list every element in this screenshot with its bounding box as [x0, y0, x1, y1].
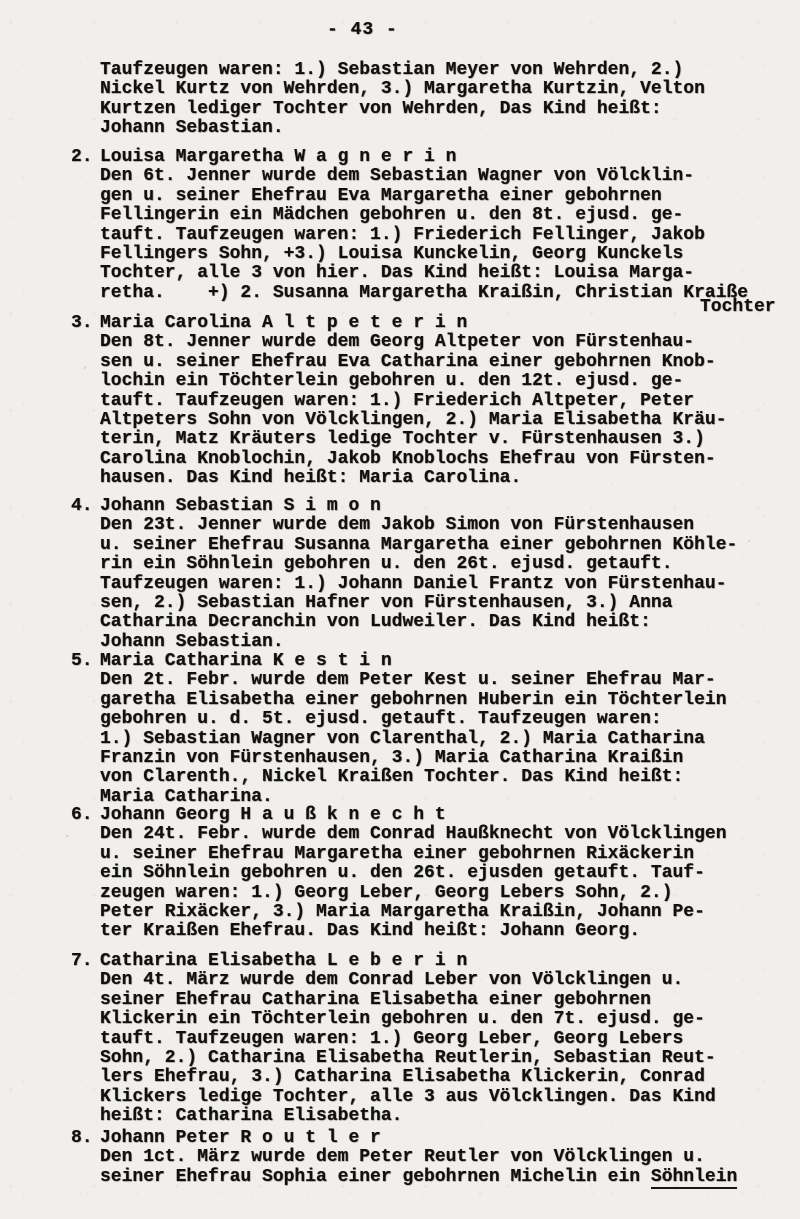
- entry-line: Franzin von Fürstenhausen, 3.) Maria Cat…: [71, 749, 727, 768]
- entry-number: 5.: [71, 652, 93, 671]
- entry-line: Taufzeugen waren: 1.) Sebastian Meyer vo…: [71, 61, 705, 80]
- entry-line: Den 8t. Jenner wurde dem Georg Altpeter …: [71, 333, 727, 352]
- entry-line: Fellingers Sohn, +3.) Louisa Kunckelin, …: [71, 245, 748, 264]
- scan-speck: [112, 178, 115, 181]
- scanned-register-page: - 43 - Taufzeugen waren: 1.) Sebastian M…: [0, 0, 800, 1219]
- underlined-word: Söhnlein: [651, 1167, 737, 1190]
- entry-line: Den 2t. Febr. wurde dem Peter Kest u. se…: [71, 671, 727, 690]
- entry-line: garetha Elisabetha einer gebohrnen Huber…: [71, 691, 727, 710]
- entry-heading: Johann Sebastian S i m o n: [71, 497, 737, 516]
- entry-heading: Johann Peter R o u t l e r: [71, 1129, 737, 1148]
- scan-speck: [66, 835, 69, 837]
- entry-line: zeugen waren: 1.) Georg Leber, Georg Leb…: [71, 884, 727, 903]
- entry-line: Den 1ct. März wurde dem Peter Reutler vo…: [71, 1148, 737, 1167]
- entry-number: 3.: [71, 314, 93, 333]
- entry-line: Catharina Decranchin von Ludweiler. Das …: [71, 613, 737, 632]
- entry-line: u. seiner Ehefrau Margaretha einer geboh…: [71, 845, 727, 864]
- entry-line: Fellingerin ein Mädchen gebohren u. den …: [71, 206, 748, 225]
- page-number: - 43 -: [327, 21, 398, 40]
- scan-speck: [84, 366, 86, 369]
- entry-line: gen u. seiner Ehefrau Eva Margaretha ein…: [71, 187, 748, 206]
- entry-line: Altpeters Sohn von Völcklingen, 2.) Mari…: [71, 411, 727, 430]
- entry-line: tauft. Taufzeugen waren: 1.) Friederich …: [71, 226, 748, 245]
- entry-number: 8.: [71, 1129, 93, 1148]
- entry-line: rin ein Söhnlein gebohren u. den 26t. ej…: [71, 555, 737, 574]
- entry-line: Tochter, alle 3 von hier. Das Kind heißt…: [71, 264, 748, 283]
- entry-line: 1.) Sebastian Wagner von Clarenthal, 2.)…: [71, 730, 727, 749]
- entry-line: Sohn, 2.) Catharina Elisabetha Reutlerin…: [71, 1049, 716, 1068]
- entry-line: retha. +) 2. Susanna Margaretha Kraißin,…: [71, 284, 748, 303]
- entry-line: sen, 2.) Sebastian Hafner von Fürstenhau…: [71, 594, 737, 613]
- entry-heading: Johann Georg H a u ß k n e c h t: [71, 806, 727, 825]
- entry-number: 2.: [71, 148, 93, 167]
- entry-number: 7.: [71, 952, 93, 971]
- entry-3-altpeterin: 3.Maria Carolina A l t p e t e r i nDen …: [71, 314, 727, 489]
- entry-line: von Clarenth., Nickel Kraißen Tochter. D…: [71, 768, 727, 787]
- entry-line: Den 4t. März wurde dem Conrad Leber von …: [71, 971, 716, 990]
- entry-line: Nickel Kurtz von Wehrden, 3.) Margaretha…: [71, 80, 705, 99]
- entry-line: Kurtzen lediger Tochter von Wehrden, Das…: [71, 100, 705, 119]
- entry-line: sen u. seiner Ehefrau Eva Catharina eine…: [71, 353, 727, 372]
- entry-8-routler: 8.Johann Peter R o u t l e rDen 1ct. Mär…: [71, 1129, 737, 1187]
- entry-line: lers Ehefrau, 3.) Catharina Elisabetha K…: [71, 1068, 716, 1087]
- entry-line: Den 23t. Jenner wurde dem Jakob Simon vo…: [71, 516, 737, 535]
- entry-heading: Catharina Elisabetha L e b e r i n: [71, 952, 716, 971]
- entry-line: ein Söhnlein gebohren u. den 26t. ejusde…: [71, 864, 727, 883]
- entry-6-haussknecht: 6.Johann Georg H a u ß k n e c h tDen 24…: [71, 806, 727, 942]
- entry-continuation: Taufzeugen waren: 1.) Sebastian Meyer vo…: [71, 61, 705, 139]
- entry-line: Klickerin ein Töchterlein gebohren u. de…: [71, 1010, 716, 1029]
- entry-heading: Louisa Margaretha W a g n e r i n: [71, 148, 748, 167]
- entry-line: gebohren u. d. 5t. ejusd. getauft. Taufz…: [71, 710, 727, 729]
- entry-7-leberin: 7.Catharina Elisabetha L e b e r i nDen …: [71, 952, 716, 1127]
- entry-line: lochin ein Töchterlein gebohren u. den 1…: [71, 372, 727, 391]
- entry-4-simon: 4.Johann Sebastian S i m o nDen 23t. Jen…: [71, 497, 737, 652]
- entry-line: Den 24t. Febr. wurde dem Conrad Haußknec…: [71, 825, 727, 844]
- entry-line: Carolina Knoblochin, Jakob Knoblochs Ehe…: [71, 450, 727, 469]
- entry-line: hausen. Das Kind heißt: Maria Carolina.: [71, 469, 727, 488]
- entry-heading: Maria Catharina K e s t i n: [71, 652, 727, 671]
- entry-line: Peter Rixäcker, 3.) Maria Margaretha Kra…: [71, 903, 727, 922]
- entry-line: Den 6t. Jenner wurde dem Sebastian Wagne…: [71, 167, 748, 186]
- entry-line: Johann Sebastian.: [71, 119, 705, 138]
- scan-speck: [748, 540, 750, 542]
- entry-line: Taufzeugen waren: 1.) Johann Daniel Fran…: [71, 575, 737, 594]
- entry-number: 6.: [71, 806, 93, 825]
- entry-line: seiner Ehefrau Catharina Elisabetha eine…: [71, 991, 716, 1010]
- entry-line: heißt: Catharina Elisabetha.: [71, 1107, 716, 1126]
- entry-line: Johann Sebastian.: [71, 633, 737, 652]
- entry-heading: Maria Carolina A l t p e t e r i n: [71, 314, 727, 333]
- page-ink-layer: - 43 - Taufzeugen waren: 1.) Sebastian M…: [0, 0, 800, 1219]
- entry-line: u. seiner Ehefrau Susanna Margaretha ein…: [71, 536, 737, 555]
- entry-line: tauft. Taufzeugen waren: 1.) Georg Leber…: [71, 1030, 716, 1049]
- entry-5-kestin: 5.Maria Catharina K e s t i nDen 2t. Feb…: [71, 652, 727, 807]
- entry-line: ter Kraißen Ehefrau. Das Kind heißt: Joh…: [71, 922, 727, 941]
- entry-line: Klickers ledige Tochter, alle 3 aus Völc…: [71, 1088, 716, 1107]
- entry-line: tauft. Taufzeugen waren: 1.) Friederich …: [71, 392, 727, 411]
- entry-number: 4.: [71, 497, 93, 516]
- entry-line: seiner Ehefrau Sophia einer gebohrnen Mi…: [71, 1168, 737, 1187]
- entry-2-wagnerin: 2.Louisa Margaretha W a g n e r i nDen 6…: [71, 148, 748, 303]
- entry-line: terin, Matz Kräuters ledige Tochter v. F…: [71, 430, 727, 449]
